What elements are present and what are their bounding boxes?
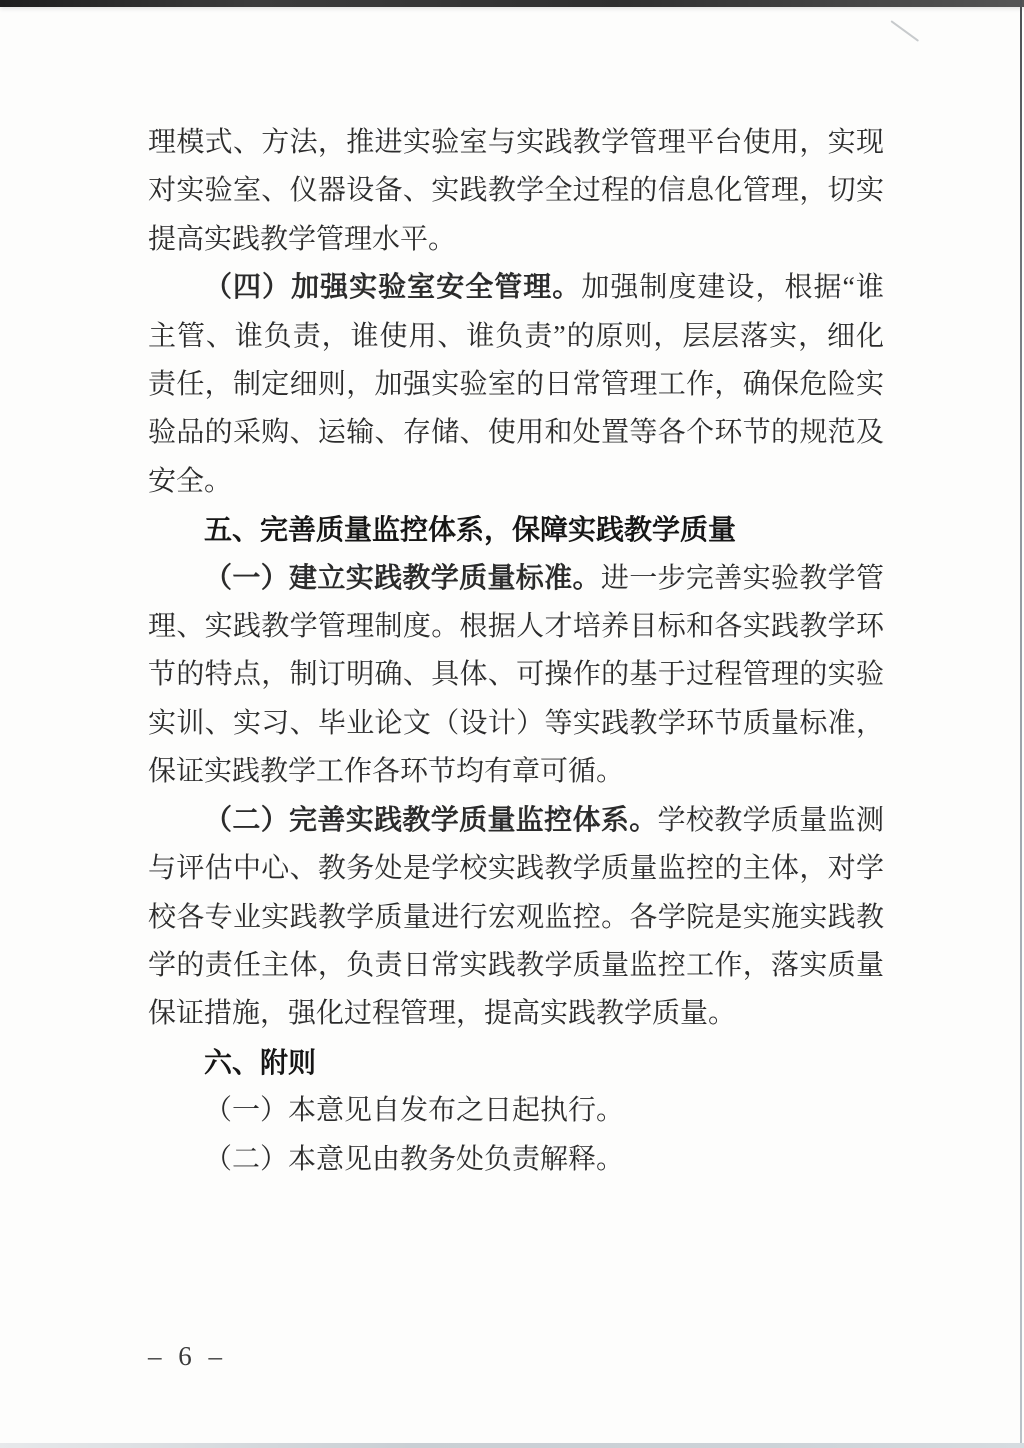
paragraph-text: 理模式、方法，推进实验室与实践教学管理平台使用，实现对实验室、仪器设备、实践教学… [148,127,884,255]
paragraph-continuation: 理模式、方法，推进实验室与实践教学管理平台使用，实现对实验室、仪器设备、实践教学… [148,119,884,264]
scan-edge-bottom [0,1443,1024,1448]
scan-edge-right [1020,0,1022,1448]
paragraph-item-1: （一）建立实践教学质量标准。进一步完善实验教学管理、实践教学管理制度。根据人才培… [148,555,884,797]
paragraph-appendix-2: （二）本意见由教务处负责解释。 [148,1136,884,1184]
scanned-page: 理模式、方法，推进实验室与实践教学管理平台使用，实现对实验室、仪器设备、实践教学… [0,0,1024,1448]
paragraph-appendix-1: （一）本意见自发布之日起执行。 [148,1087,884,1135]
paragraph-text: （一）本意见自发布之日起执行。 [204,1095,624,1126]
section-heading-6: 六、附则 [148,1039,884,1087]
paragraph-text: 进一步完善实验教学管理、实践教学管理制度。根据人才培养目标和各实践教学环节的特点… [148,563,884,788]
paragraph-text: （二）本意见由教务处负责解释。 [204,1144,624,1175]
page-number: – 6 – [148,1340,227,1372]
paragraph-item-2: （二）完善实践教学质量监控体系。学校教学质量监测与评估中心、教务处是学校实践教学… [148,797,884,1039]
paragraph-lead: （一）建立实践教学质量标准。 [204,563,601,594]
paragraph-item-4: （四）加强实验室安全管理。加强制度建设，根据“谁主管、谁负责，谁使用、谁负责”的… [148,264,884,506]
paragraph-lead: （四）加强实验室安全管理。 [204,272,581,303]
paragraph-text: 学校教学质量监测与评估中心、教务处是学校实践教学质量监控的主体，对学校各专业实践… [148,805,884,1030]
paragraph-lead: （二）完善实践教学质量监控体系。 [204,805,658,836]
scan-scratch-artifact [890,20,919,42]
scan-edge-top [0,0,1024,7]
paragraph-text: 加强制度建设，根据“谁主管、谁负责，谁使用、谁负责”的原则，层层落实，细化责任，… [148,272,884,497]
document-body: 理模式、方法，推进实验室与实践教学管理平台使用，实现对实验室、仪器设备、实践教学… [148,119,884,1184]
section-heading-5: 五、完善质量监控体系，保障实践教学质量 [148,506,884,554]
